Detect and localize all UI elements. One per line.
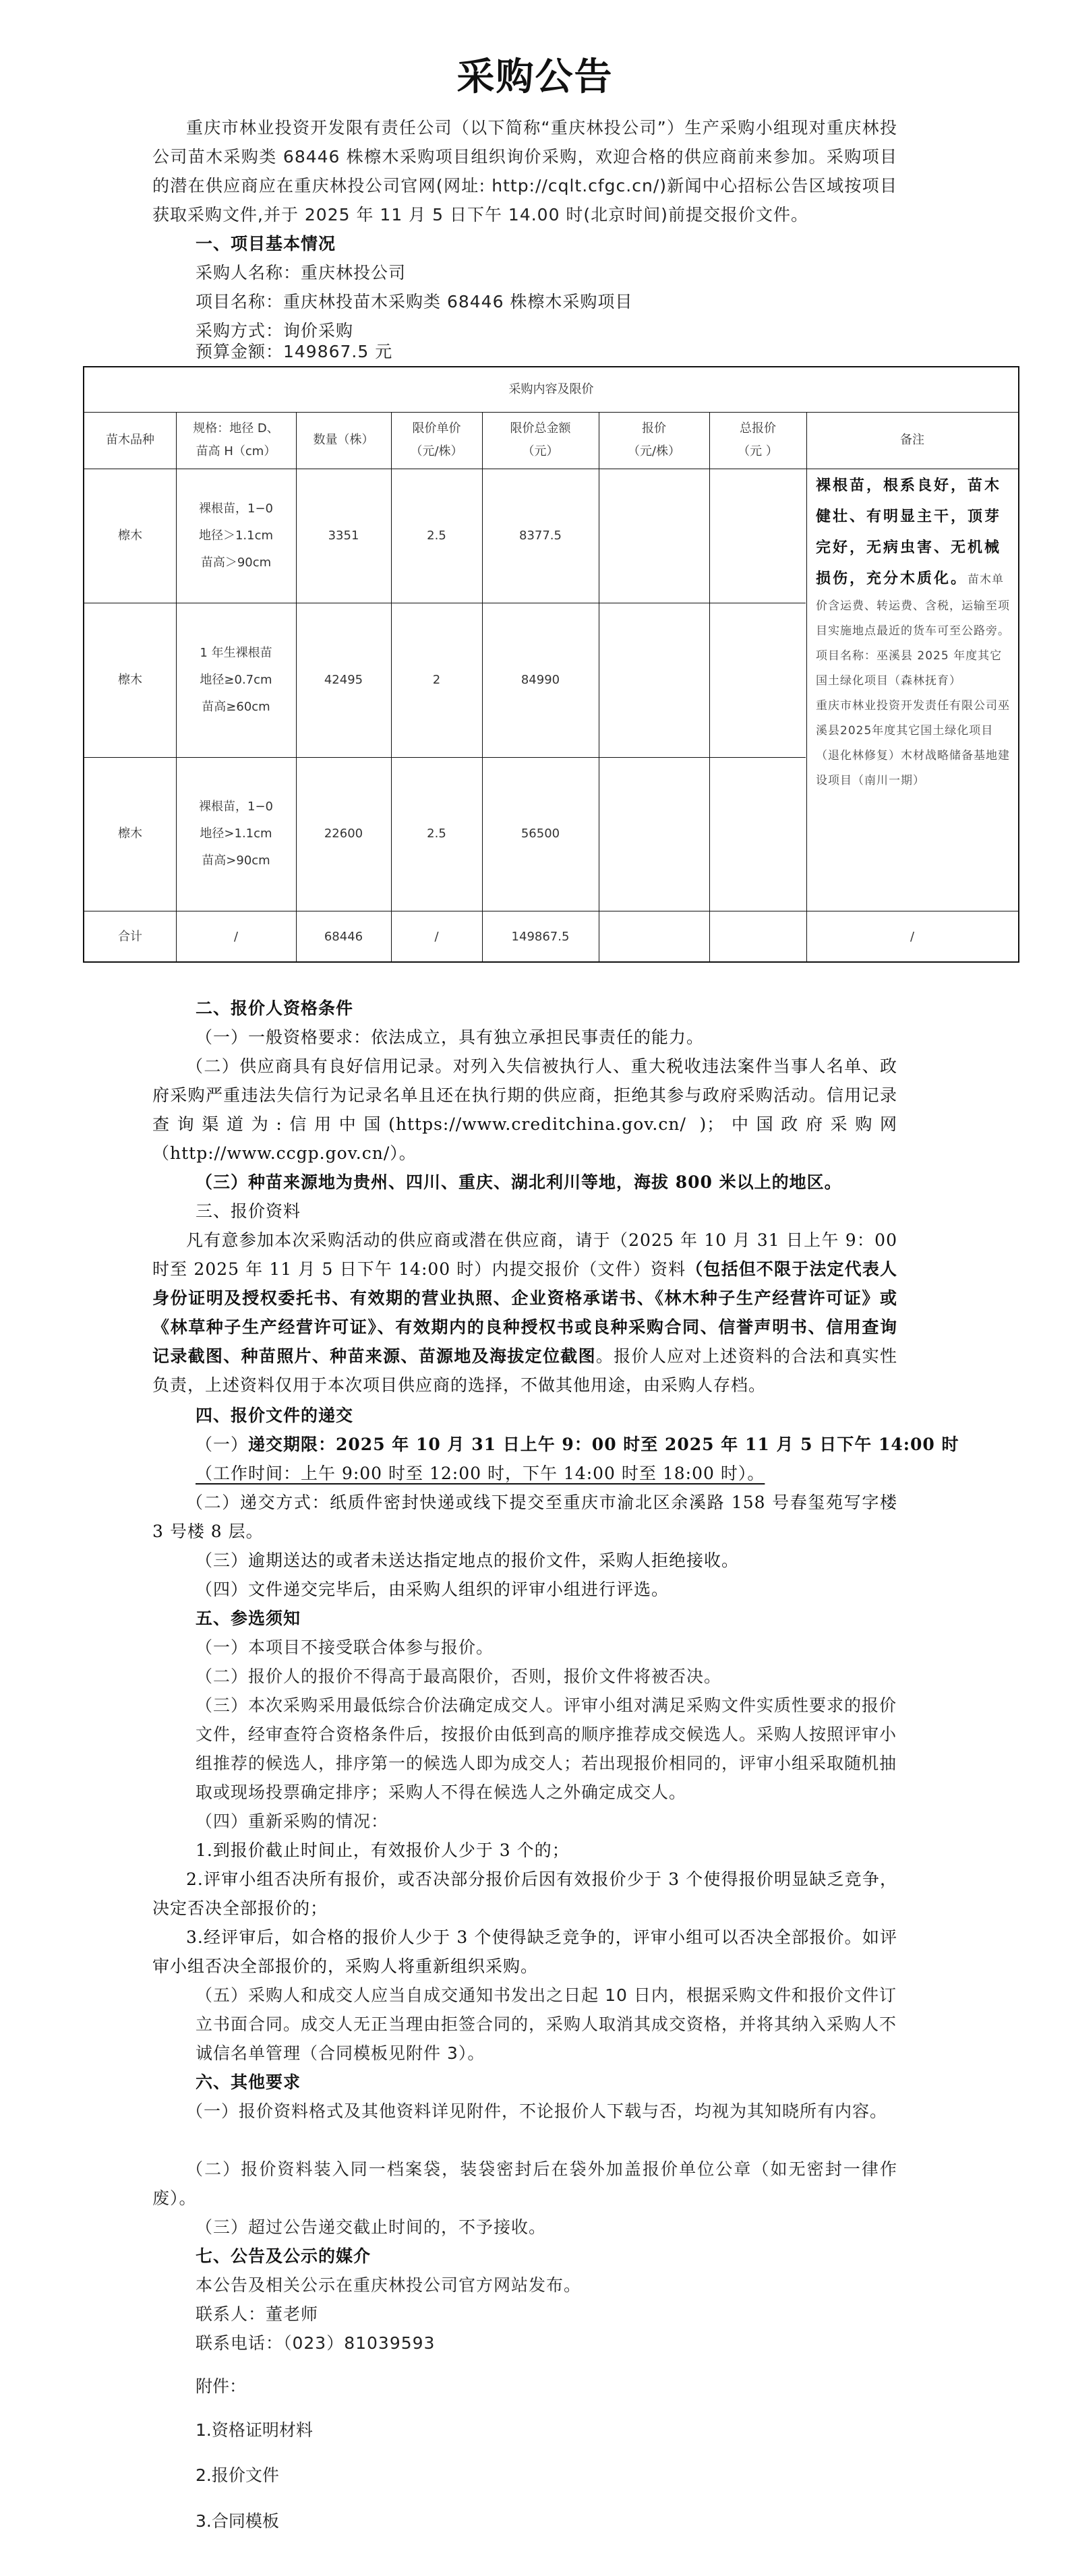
row1-unit-limit: 2.5	[391, 469, 482, 603]
procurement-table: 采购内容及限价 苗木品种 规格：地径 D、 苗高 H（cm） 数量（株） 限价单…	[83, 366, 1019, 963]
row3-quote[interactable]	[599, 757, 709, 911]
header-total-quote: 总报价 （元 ）	[709, 412, 806, 469]
row1-variety: 檫木	[84, 469, 176, 603]
section-2-heading: 二、报价人资格条件	[196, 994, 353, 1023]
total-spec: /	[176, 911, 296, 963]
header-total-limit-line1: 限价总金额	[510, 417, 571, 440]
row3-spec-line1: 裸根苗，1−0	[199, 793, 273, 820]
row1-spec: 裸根苗，1−0 地径＞1.1cm 苗高＞90cm	[176, 469, 296, 603]
header-spec: 规格：地径 D、 苗高 H（cm）	[176, 412, 296, 469]
row1-total-limit: 8377.5	[482, 469, 599, 603]
row3-variety: 檫木	[84, 757, 176, 911]
attachment-1[interactable]: 1.资格证明材料	[196, 2417, 313, 2441]
section-5-sub-1: 1.到报价截止时间止，有效报价人少于 3 个的；	[196, 1836, 570, 1865]
section-2-item-3: （三）种苗来源地为贵州、四川、重庆、湖北利川等地，海拔 800 米以上的地区。	[196, 1168, 842, 1197]
section-5-heading: 五、参选须知	[196, 1604, 301, 1633]
total-label: 合计	[84, 911, 176, 963]
total-quote[interactable]	[599, 911, 709, 963]
row3-total-limit: 56500	[482, 757, 599, 911]
total-notes: /	[806, 911, 1018, 963]
header-total-limit: 限价总金额 （元）	[482, 412, 599, 469]
total-limit-amount: 149867.5	[482, 911, 599, 963]
section-5-item-2: （二）报价人的报价不得高于最高限价，否则，报价文件将被否决。	[196, 1662, 721, 1691]
section-3-paragraph: 凡有意参加本次采购活动的供应商或潜在供应商，请于（2025 年 10 月 31 …	[152, 1226, 897, 1400]
section-2-item-1: （一）一般资格要求：依法成立，具有独立承担民事责任的能力。	[196, 1023, 704, 1052]
table-divider	[806, 412, 807, 963]
header-quote-line1: 报价	[642, 417, 666, 440]
project-name: 项目名称：重庆林投苗木采购类 68446 株檫木采购项目	[196, 287, 632, 316]
notes-project-1: 项目名称：巫溪县 2025 年度其它国土绿化项目（森林抚育）	[816, 649, 1002, 688]
section-4-item-1-prefix: （一）	[196, 1435, 248, 1454]
header-unit-limit: 限价单价 （元/株）	[391, 412, 482, 469]
section-6-item-3: （三）超过公告递交截止时间的，不予接收。	[196, 2213, 546, 2242]
section-5-sub-2: 2.评审小组否决所有报价，或否决部分报价后因有效报价少于 3 个使得报价明显缺乏…	[152, 1865, 897, 1923]
row1-spec-line1: 裸根苗，1−0	[199, 496, 273, 522]
row3-quantity: 22600	[296, 757, 391, 911]
section-7-heading: 七、公告及公示的媒介	[196, 2242, 371, 2271]
total-unit-limit: /	[391, 911, 482, 963]
section-5-sub-3: 3.经评审后，如合格的报价人少于 3 个使得缺乏竞争的，评审小组可以否决全部报价…	[152, 1923, 897, 1981]
section-4-item-1: （一）递交期限：2025 年 10 月 31 日上午 9：00 时至 2025 …	[196, 1430, 959, 1459]
row2-spec-line1: 1 年生裸根苗	[200, 640, 272, 667]
header-quote: 报价 （元/株）	[599, 412, 709, 469]
header-notes: 备注	[806, 412, 1018, 469]
publish-statement: 本公告及相关公示在重庆林投公司官方网站发布。	[196, 2271, 581, 2300]
header-total-quote-line2: （元 ）	[738, 440, 778, 463]
contact-phone: 联系电话：（023）81039593	[196, 2329, 435, 2358]
section-6-heading: 六、其他要求	[196, 2068, 301, 2097]
section-4-heading: 四、报价文件的递交	[196, 1401, 353, 1430]
header-unit-limit-line1: 限价单价	[413, 417, 461, 440]
section-5-item-4: （四）重新采购的情况：	[196, 1807, 388, 1836]
row2-quote[interactable]	[599, 603, 709, 757]
row1-spec-line3: 苗高＞90cm	[201, 549, 271, 576]
header-quantity: 数量（株）	[296, 412, 391, 469]
row3-spec-line2: 地径>1.1cm	[200, 820, 272, 847]
row3-spec: 裸根苗，1−0 地径>1.1cm 苗高>90cm	[176, 757, 296, 911]
notes-project-2: 重庆市林业投资开发责任有限公司巫溪县2025年度其它国土绿化项目（退化林修复）木…	[816, 699, 1010, 787]
row3-total-quote[interactable]	[709, 757, 806, 911]
row1-quantity: 3351	[296, 469, 391, 603]
row2-spec-line2: 地径≥0.7cm	[200, 667, 272, 694]
header-spec-line1: 规格：地径 D、	[193, 417, 279, 440]
row1-spec-line2: 地径＞1.1cm	[199, 522, 273, 549]
section-2-item-2: （二）供应商具有良好信用记录。对列入失信被执行人、重大税收违法案件当事人名单、政…	[152, 1052, 897, 1168]
row2-spec: 1 年生裸根苗 地径≥0.7cm 苗高≥60cm	[176, 603, 296, 757]
attachment-2[interactable]: 2.报价文件	[196, 2462, 279, 2486]
row1-quote[interactable]	[599, 469, 709, 603]
header-total-quote-line1: 总报价	[740, 417, 776, 440]
row2-unit-limit: 2	[391, 603, 482, 757]
section-4-item-2: （二）递交方式：纸质件密封快递或线下提交至重庆市渝北区余溪路 158 号春玺苑写…	[152, 1488, 897, 1546]
row3-unit-limit: 2.5	[391, 757, 482, 911]
row2-spec-line3: 苗高≥60cm	[202, 694, 270, 721]
row3-spec-line3: 苗高>90cm	[202, 847, 270, 874]
attachments-label: 附件：	[196, 2373, 246, 2397]
total-quantity: 68446	[296, 911, 391, 963]
budget-amount: 预算金额：149867.5 元	[196, 337, 392, 366]
header-spec-line2: 苗高 H（cm）	[196, 440, 276, 463]
section-4-item-4: （四）文件递交完毕后，由采购人组织的评审小组进行评选。	[196, 1575, 669, 1604]
attachment-3[interactable]: 3.合同模板	[196, 2508, 279, 2532]
row2-total-limit: 84990	[482, 603, 599, 757]
total-total-quote[interactable]	[709, 911, 806, 963]
header-total-limit-line2: （元）	[523, 440, 559, 463]
page-title: 采购公告	[0, 47, 1070, 101]
row2-quantity: 42495	[296, 603, 391, 757]
row2-variety: 檫木	[84, 603, 176, 757]
table-caption: 采购内容及限价	[84, 367, 1018, 412]
section-6-item-1: （一）报价资料格式及其他资料详见附件，不论报价人下载与否，均视为其知晓所有内容。	[152, 2097, 897, 2126]
section-4-item-3: （三）逾期送达的或者未送达指定地点的报价文件，采购人拒绝接收。	[196, 1546, 739, 1575]
notes-quality-requirement: 裸根苗，根系良好，苗木健壮、有明显主干，顶芽完好，无病虫害、无机械损伤，充分木质…	[816, 477, 1001, 587]
section-6-item-2: （二）报价资料装入同一档案袋，装袋密封后在袋外加盖报价单位公章（如无密封一律作废…	[152, 2155, 897, 2213]
section-5-item-5: （五）采购人和成交人应当自成交通知书发出之日起 10 日内，根据采购文件和报价文…	[196, 1981, 897, 2068]
working-hours: （工作时间：上午 9:00 时至 12:00 时，下午 14:00 时至 18:…	[196, 1459, 765, 1488]
section-5-item-1: （一）本项目不接受联合体参与报价。	[196, 1633, 494, 1662]
header-unit-limit-line2: （元/株）	[410, 440, 463, 463]
header-quote-line2: （元/株）	[628, 440, 680, 463]
section-1-heading: 一、项目基本情况	[196, 229, 336, 258]
row2-total-quote[interactable]	[709, 603, 806, 757]
section-3-heading: 三、报价资料	[196, 1197, 301, 1226]
row1-total-quote[interactable]	[709, 469, 806, 603]
intro-paragraph: 重庆市林业投资开发限有责任公司（以下简称“重庆林投公司”）生产采购小组现对重庆林…	[152, 113, 897, 229]
section-5-item-3: （三）本次采购采用最低综合价法确定成交人。评审小组对满足采购文件实质性要求的报价…	[196, 1691, 897, 1807]
submission-deadline: 递交期限：2025 年 10 月 31 日上午 9：00 时至 2025 年 1…	[248, 1435, 959, 1454]
contact-person: 联系人：董老师	[196, 2300, 318, 2329]
notes-cell: 裸根苗，根系良好，苗木健壮、有明显主干，顶芽完好，无病虫害、无机械损伤，充分木质…	[816, 470, 1013, 793]
purchaser-name: 采购人名称：重庆林投公司	[196, 258, 406, 287]
header-variety: 苗木品种	[84, 412, 176, 469]
